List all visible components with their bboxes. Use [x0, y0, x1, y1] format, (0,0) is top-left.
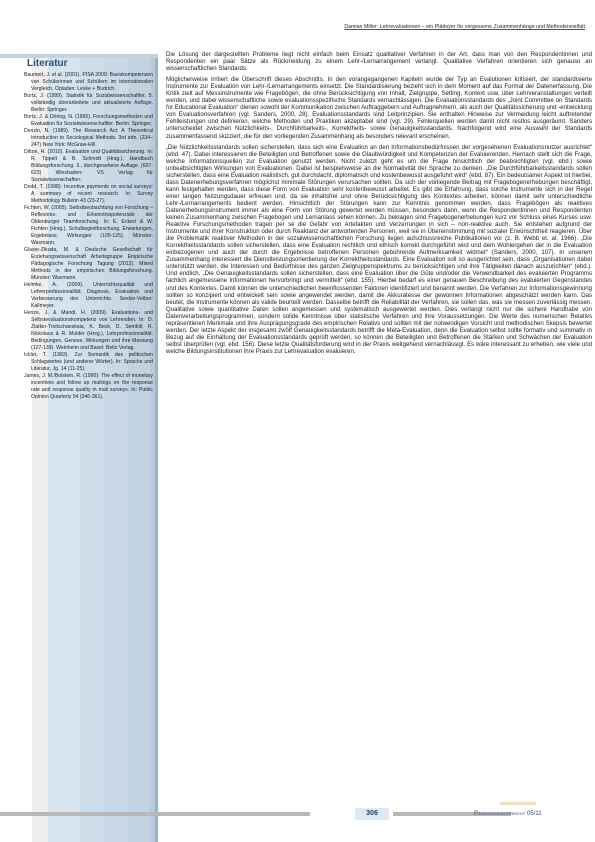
reference-item: Baumert, J. et al. (2001). PISA 2000: Ba…: [24, 72, 153, 93]
journal-accent-bar: [500, 802, 536, 805]
page-number: 306: [355, 808, 389, 820]
reference-item: Fichten, W. (2005). Selbstbeobachtung vo…: [24, 205, 153, 247]
journal-name: Pädagogikunterricht 05/11: [474, 809, 542, 819]
reference-item: Dodd, T. (1998): Incentive payments on s…: [24, 184, 153, 205]
reference-item: Ickler, T. (1983). Zur Semantik des poli…: [24, 352, 153, 373]
body-paragraph: Möglicherweise irritiert die Überschrift…: [166, 77, 592, 140]
reference-item: Bortz, J. (1999). Statistik für Sozialwi…: [24, 93, 153, 114]
literature-sidebar: Literatur Baumert, J. et al. (2001). PIS…: [24, 54, 153, 401]
reference-item: James, J. M./Bolstein, R. (1990): The ef…: [24, 373, 153, 401]
reference-item: Denzin, N. (1989). The Research Act: A T…: [24, 128, 153, 149]
main-text-column: Die Lösung der dargestellten Probleme li…: [166, 52, 592, 360]
reference-item: Ditton, H. (2010). Evaluation und Qualit…: [24, 149, 153, 184]
footer-rule-left: [0, 812, 310, 816]
body-paragraph: „Die Nützlichkeitsstandards sollen siche…: [166, 145, 592, 356]
body-paragraph: Die Lösung der dargestellten Probleme li…: [166, 52, 592, 73]
literature-title: Literatur: [27, 58, 153, 69]
reference-item: Bortz, J. & Döring, N. (1995). Forschung…: [24, 114, 153, 128]
running-head: Damian Miller: Lehrevaluationen – ein Pl…: [344, 24, 585, 30]
reference-item: Henze, J. & Mandl, H. (2009). Evaluation…: [24, 310, 153, 352]
reference-item: Glaser-Zikuda, M. & Deutsche Gesellschaf…: [24, 247, 153, 282]
reference-item: Helmke, A. (2009). Unterrichtsqualität u…: [24, 282, 153, 310]
